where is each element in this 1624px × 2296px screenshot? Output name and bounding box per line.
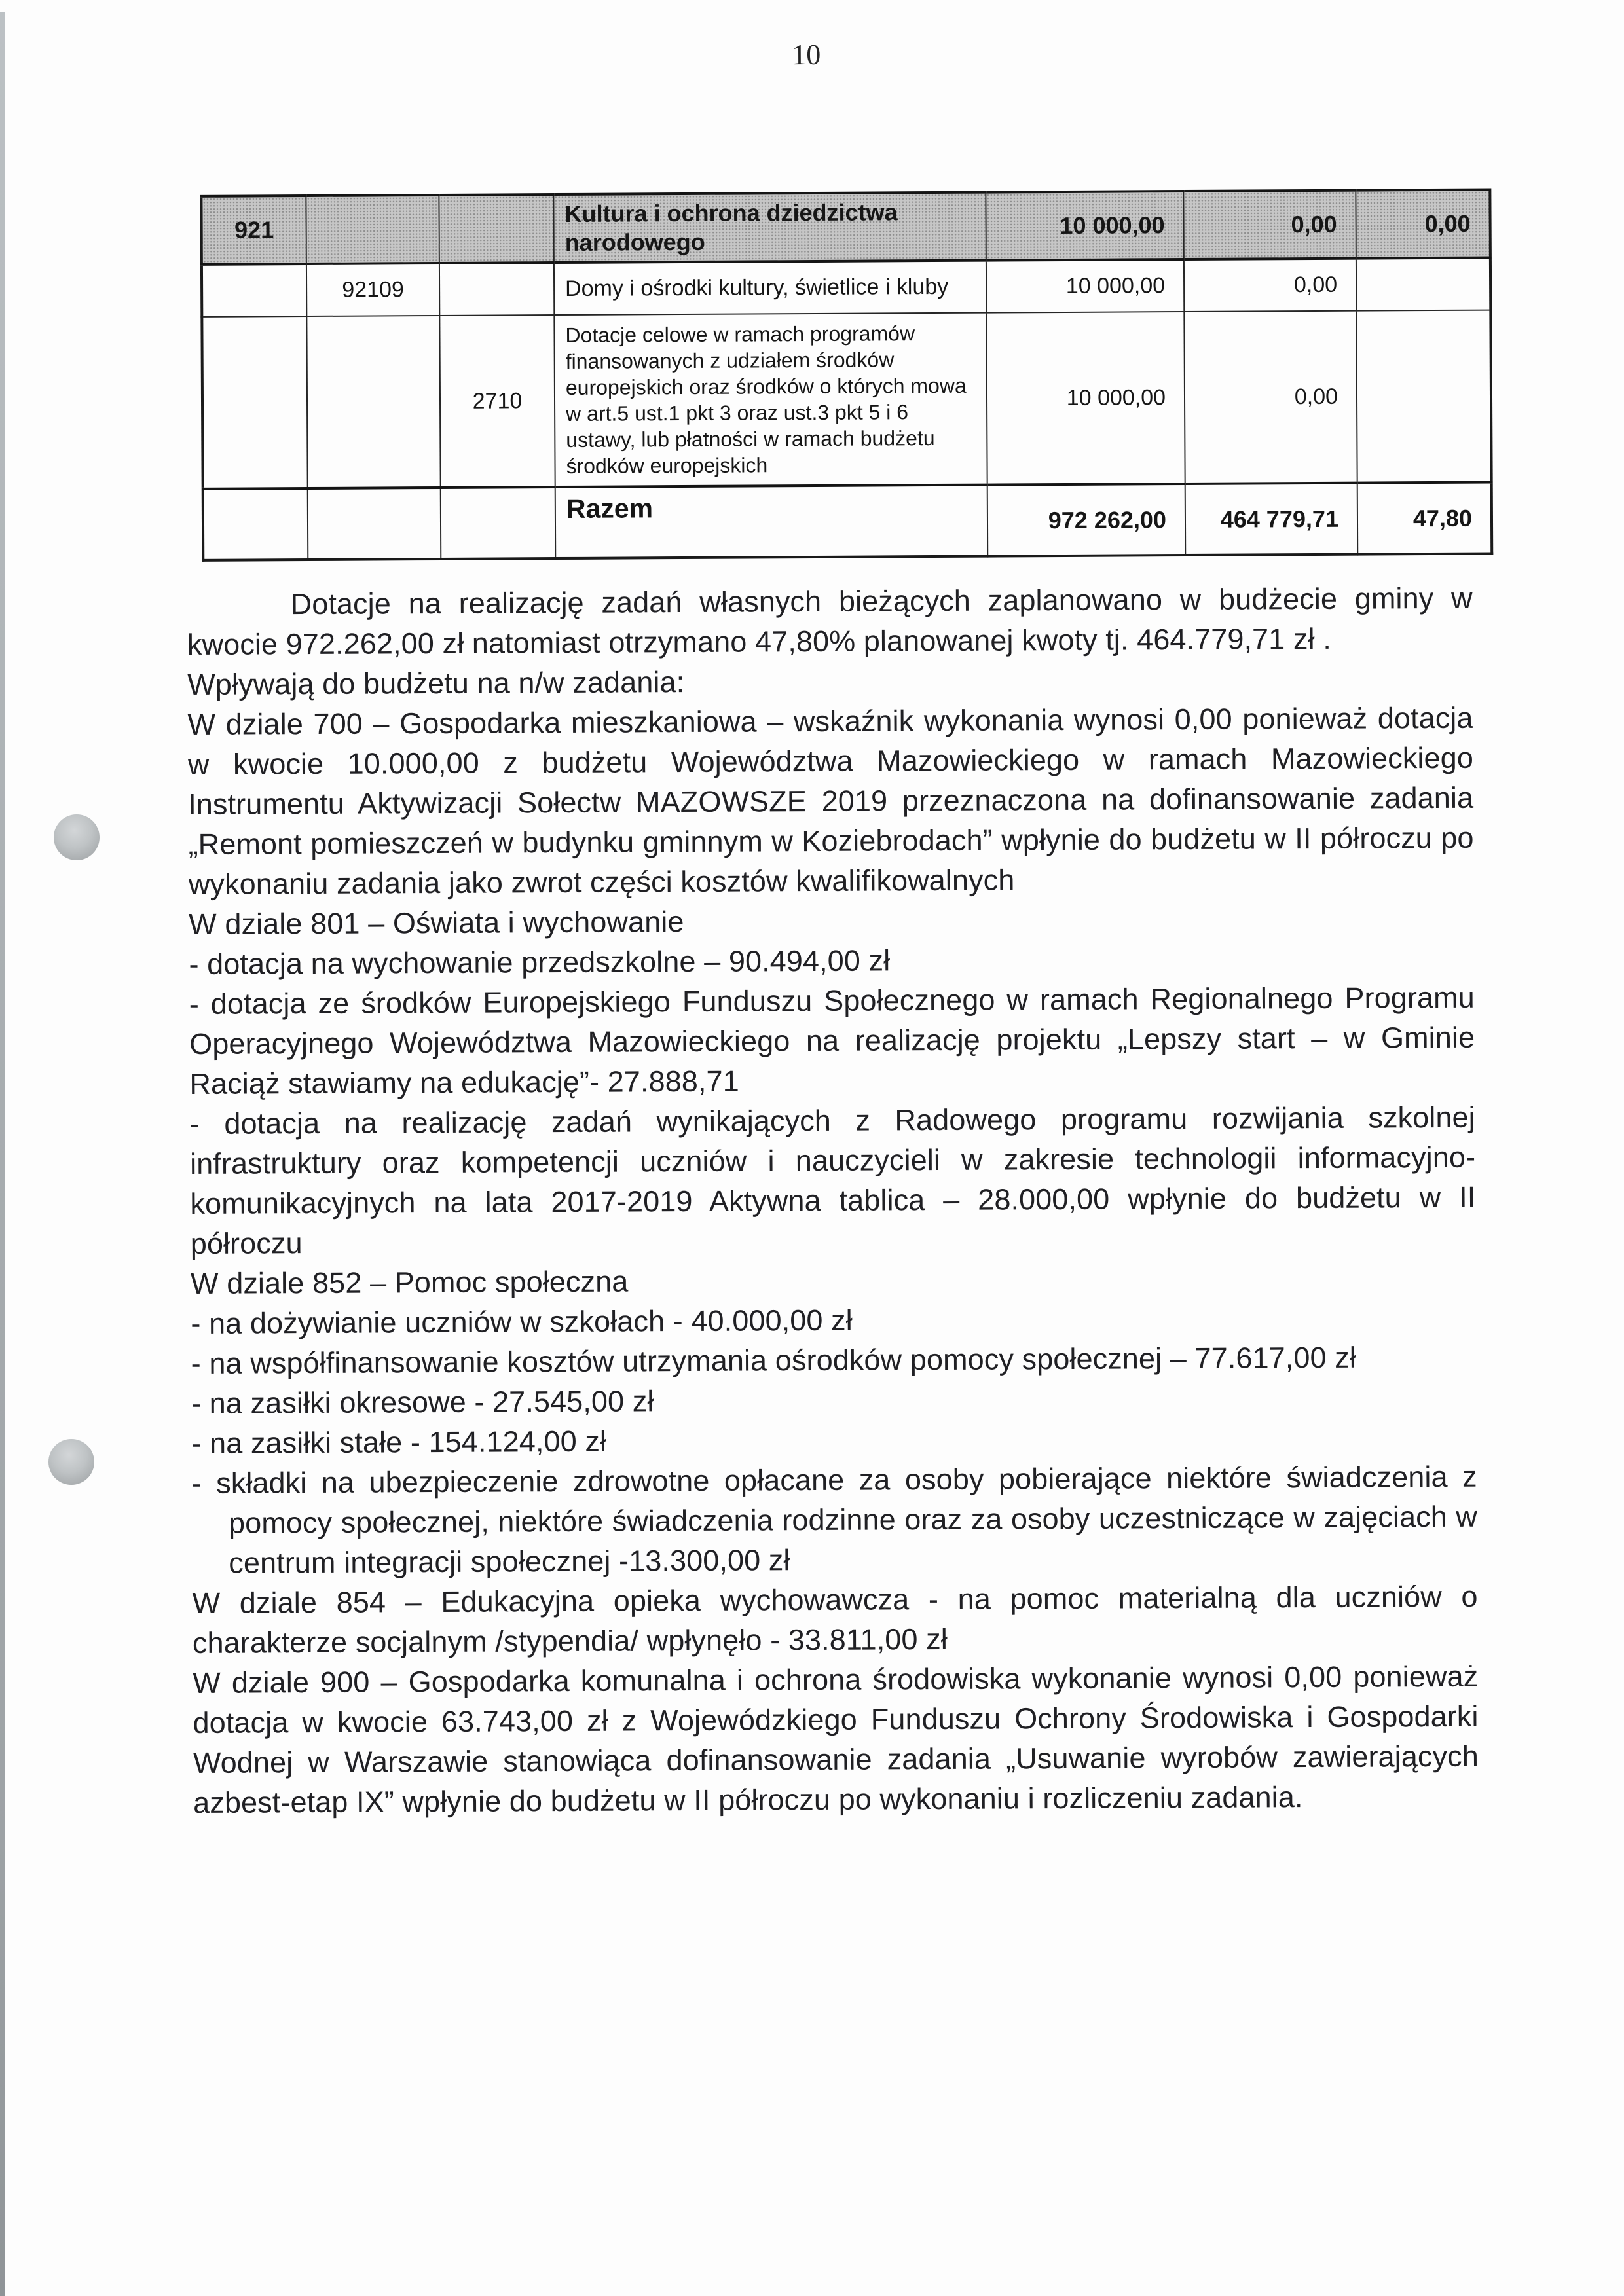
paragraph-dzial-801: W dziale 801 – Oświata i wychowanie [189,898,1474,944]
paragraph-aktywna-tablica: - dotacja na realizację zadań wynikający… [190,1097,1476,1264]
paragraph-wplywaja: Wpływają do budżetu na n/w zadania: [187,658,1473,704]
cell-plan: 10 000,00 [986,191,1184,261]
cell-paragraf [441,487,556,559]
cell-description: Kultura i ochrona dziedzictwa narodowego [553,192,986,263]
paragraph-dotacje-summary: Dotacje na realizację zadań własnych bie… [187,578,1473,665]
list-item-skladki: - składki na ubezpieczenie zdrowotne opł… [192,1457,1478,1583]
page-number: 10 [779,38,834,71]
scan-left-edge [0,12,5,2296]
paragraph-dzial-852: W dziale 852 – Pomoc społeczna [191,1257,1476,1303]
cell-percent-total: 47,80 [1357,483,1492,555]
cell-dzial [202,264,306,317]
cell-plan: 10 000,00 [986,259,1184,313]
cell-wykonanie: 0,00 [1183,191,1356,259]
page-content: 10 921 Kultura i ochrona dziedzictwa nar… [0,0,1624,2296]
cell-plan-total: 972 262,00 [987,484,1186,556]
cell-dzial [203,488,308,560]
cell-razem-label: Razem [555,485,988,558]
cell-percent [1356,258,1490,311]
cell-percent [1356,310,1491,483]
cell-paragraf: 2710 [439,315,555,488]
cell-percent: 0,00 [1356,190,1490,259]
list-item-zasilki-okresowe: - na zasiłki okresowe - 27.545,00 zł [191,1377,1477,1423]
cell-rozdzial [306,316,440,488]
cell-plan: 10 000,00 [986,312,1185,485]
paragraph-dzial-900: W dziale 900 – Gospodarka komunalna i oc… [193,1656,1479,1823]
cell-rozdzial [308,488,441,560]
list-item-zasilki-stale: - na zasiłki stałe - 154.124,00 zł [191,1417,1477,1463]
cell-wykonanie: 0,00 [1184,311,1357,484]
cell-rozdzial: 92109 [306,263,439,316]
cell-description: Domy i ośrodki kultury, świetlice i klub… [554,261,986,315]
paragraph-dzial-700: W dziale 700 – Gospodarka mieszkaniowa –… [187,698,1474,904]
report-text: Dotacje na realizację zadań własnych bie… [187,578,1479,1823]
cell-wykonanie-total: 464 779,71 [1185,483,1358,555]
cell-paragraf [439,263,554,316]
table-row-paragraf-2710: 2710 Dotacje celowe w ramach programów f… [202,310,1491,489]
list-item-wspolfinansowanie: - na współfinansowanie kosztów utrzymani… [191,1337,1477,1383]
cell-description: Dotacje celowe w ramach programów finans… [554,313,987,487]
table-row-razem: Razem 972 262,00 464 779,71 47,80 [203,483,1492,560]
table-row-dzial-921: 921 Kultura i ochrona dziedzictwa narodo… [201,190,1490,264]
table-row-rozdzial-92109: 92109 Domy i ośrodki kultury, świetlice … [202,258,1490,317]
budget-table: 921 Kultura i ochrona dziedzictwa narodo… [200,189,1493,562]
hole-punch-icon [54,814,100,860]
cell-rozdzial [306,195,439,264]
list-item-dozywianie: - na dożywianie uczniów w szkołach - 40.… [191,1297,1476,1343]
cell-dzial [202,316,307,489]
list-item-przedszkolne: - dotacja na wychowanie przedszkolne – 9… [189,938,1474,984]
cell-paragraf [439,194,554,263]
cell-dzial: 921 [201,196,306,264]
paragraph-efs: - dotacja ze środków Europejskiego Fundu… [189,977,1475,1104]
hole-punch-icon [48,1439,94,1485]
paragraph-dzial-854: W dziale 854 – Edukacyjna opieka wychowa… [192,1576,1478,1663]
cell-wykonanie: 0,00 [1184,259,1356,312]
